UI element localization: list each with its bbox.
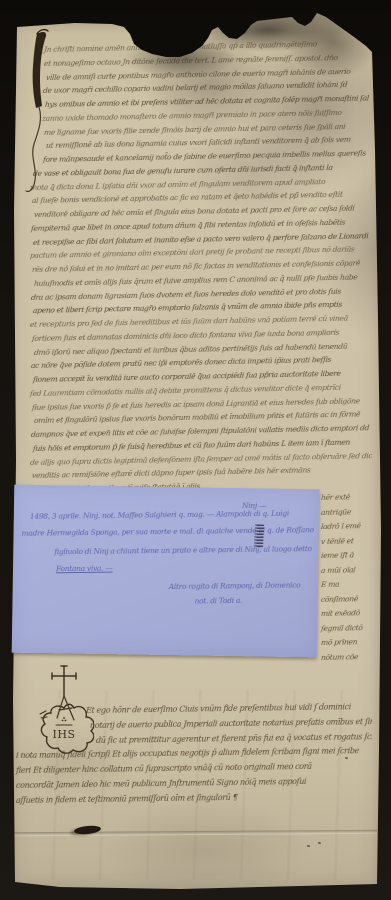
stain-speck	[345, 757, 348, 759]
note-line: figliuolo di Ninj a chiunt tiene un prat…	[54, 544, 312, 556]
parchment-creases	[14, 690, 375, 880]
note-line: Fontana viva. —	[56, 564, 113, 574]
parchment-sheet: Jn chriſti nomine amēn anno dn̄i nr̄i ie…	[0, 0, 391, 900]
archival-note: Ninj — 1498, 3 aprile. Ninj. not. Maffeo…	[12, 485, 320, 658]
stain-speck	[318, 842, 321, 844]
note-line: madre Hermegilda Sponga, per sua morte e…	[22, 525, 314, 538]
note-line: 1498, 3 aprile. Ninj. not. Maffeo Salghi…	[30, 509, 289, 521]
note-line: Altro rogito di Ramponj, di Domenico	[169, 580, 301, 591]
photo-background: Jn chriſti nomine amēn anno dn̄i nr̄i ie…	[0, 0, 391, 900]
stamp-mark	[254, 524, 264, 548]
note-line: not. di Todi a.	[194, 596, 242, 606]
stain-speck	[307, 845, 310, 847]
